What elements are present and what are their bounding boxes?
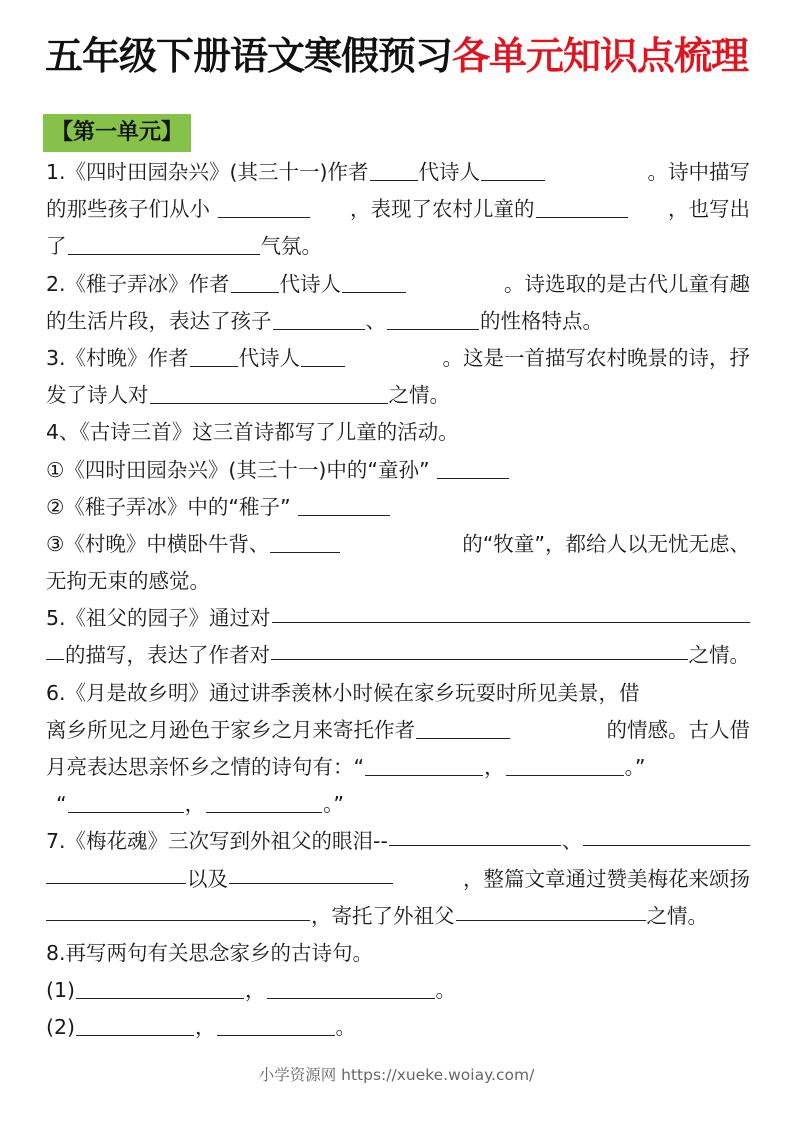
q7-line-1: 7.《梅花魂》三次写到外祖父的眼泪--、 [46,823,750,860]
title-black-part: 五年级下册语文寒假预习 [45,34,452,78]
blank[interactable] [267,976,435,999]
q8-answer-2: (2)，。 [46,1009,750,1046]
q4-sub-1: ①《四时田园杂兴》(其三十一)中的“童孙” [46,452,750,489]
blank[interactable] [229,861,393,884]
blank[interactable] [342,270,406,293]
blank[interactable] [416,716,510,739]
q1-line-2: 的那些孩子们从小 ，表现了农村儿童的 ，也写出 [46,191,750,228]
blank[interactable] [68,790,184,813]
blank[interactable] [583,823,750,846]
page-title: 五年级下册语文寒假预习各单元知识点梳理 [0,30,793,82]
q6-line-1: 6.《月是故乡明》通过讲季羡林小时候在家乡玩耍时所见美景，借 [46,675,750,712]
blank[interactable] [301,344,345,367]
q4-line-1: 4、《古诗三首》这三首诗都写了儿童的活动。 [46,414,750,451]
q3-line-2: 发了诗人对之情。 [46,377,750,414]
q4-sub-3-cont: 无拘无束的感觉。 [46,563,750,600]
q4-sub-3: ③《村晚》中横卧牛背、 的“牧童”，都给人以无忧无虑、 [46,526,750,563]
blank[interactable] [46,861,186,884]
blank[interactable] [46,898,310,921]
q8-line-1: 8.再写两句有关思念家乡的古诗句。 [46,935,750,972]
q1-line-1: 1.《四时田园杂兴》(其三十一)作者代诗人 。诗中描写 [46,154,750,191]
blank[interactable] [76,976,244,999]
q8-answer-1: (1)，。 [46,972,750,1009]
q7-line-2: 以及，整篇文章通过赞美梅花来颂扬 [46,861,750,898]
blank[interactable] [231,270,279,293]
title-red-part: 各单元知识点梳理 [452,34,748,78]
q6-line-3: 月亮表达思亲怀乡之情的诗句有：“，。” [46,749,750,786]
blank[interactable] [218,195,310,218]
blank[interactable] [150,381,388,404]
q6-line-4: “，。” [46,786,750,823]
blank[interactable] [437,456,509,479]
q4-sub-2: ②《稚子弄冰》中的“稚子” [46,489,750,526]
blank[interactable] [481,158,545,181]
q3-line-1: 3.《村晚》作者代诗人 。这是一首描写农村晚景的诗，抒 [46,340,750,377]
blank[interactable] [76,1013,194,1036]
blank[interactable] [456,898,646,921]
q1-line-3: 了气氛。 [46,228,750,265]
blank[interactable] [387,307,479,330]
blank[interactable] [365,753,483,776]
blank[interactable] [190,344,238,367]
blank[interactable] [272,600,750,623]
q6-line-2: 离乡所见之月逊色于家乡之月来寄托作者 的情感。古人借 [46,712,750,749]
blank[interactable] [536,195,628,218]
blank[interactable] [273,307,365,330]
blank[interactable] [270,530,340,553]
unit-label: 【第一单元】 [43,114,191,152]
q2-line-2: 的生活片段，表达了孩子、的性格特点。 [46,303,750,340]
footer-watermark: 小学资源网 https://xueke.woiay.com/ [0,1063,793,1085]
q2-line-1: 2.《稚子弄冰》作者代诗人 。诗选取的是古代儿童有趣 [46,266,750,303]
blank[interactable] [506,753,624,776]
blank[interactable] [389,823,561,846]
blank[interactable] [370,158,418,181]
blank[interactable] [46,637,64,660]
q7-line-3: ，寄托了外祖父之情。 [46,898,750,935]
blank[interactable] [68,232,260,255]
blank[interactable] [271,637,688,660]
q5-line-2: 的描写，表达了作者对之情。 [46,637,750,674]
blank[interactable] [206,790,322,813]
worksheet-content: 1.《四时田园杂兴》(其三十一)作者代诗人 。诗中描写 的那些孩子们从小 ，表现… [46,154,750,1047]
q5-line-1: 5.《祖父的园子》通过对 [46,600,750,637]
blank[interactable] [298,493,390,516]
blank[interactable] [217,1013,335,1036]
